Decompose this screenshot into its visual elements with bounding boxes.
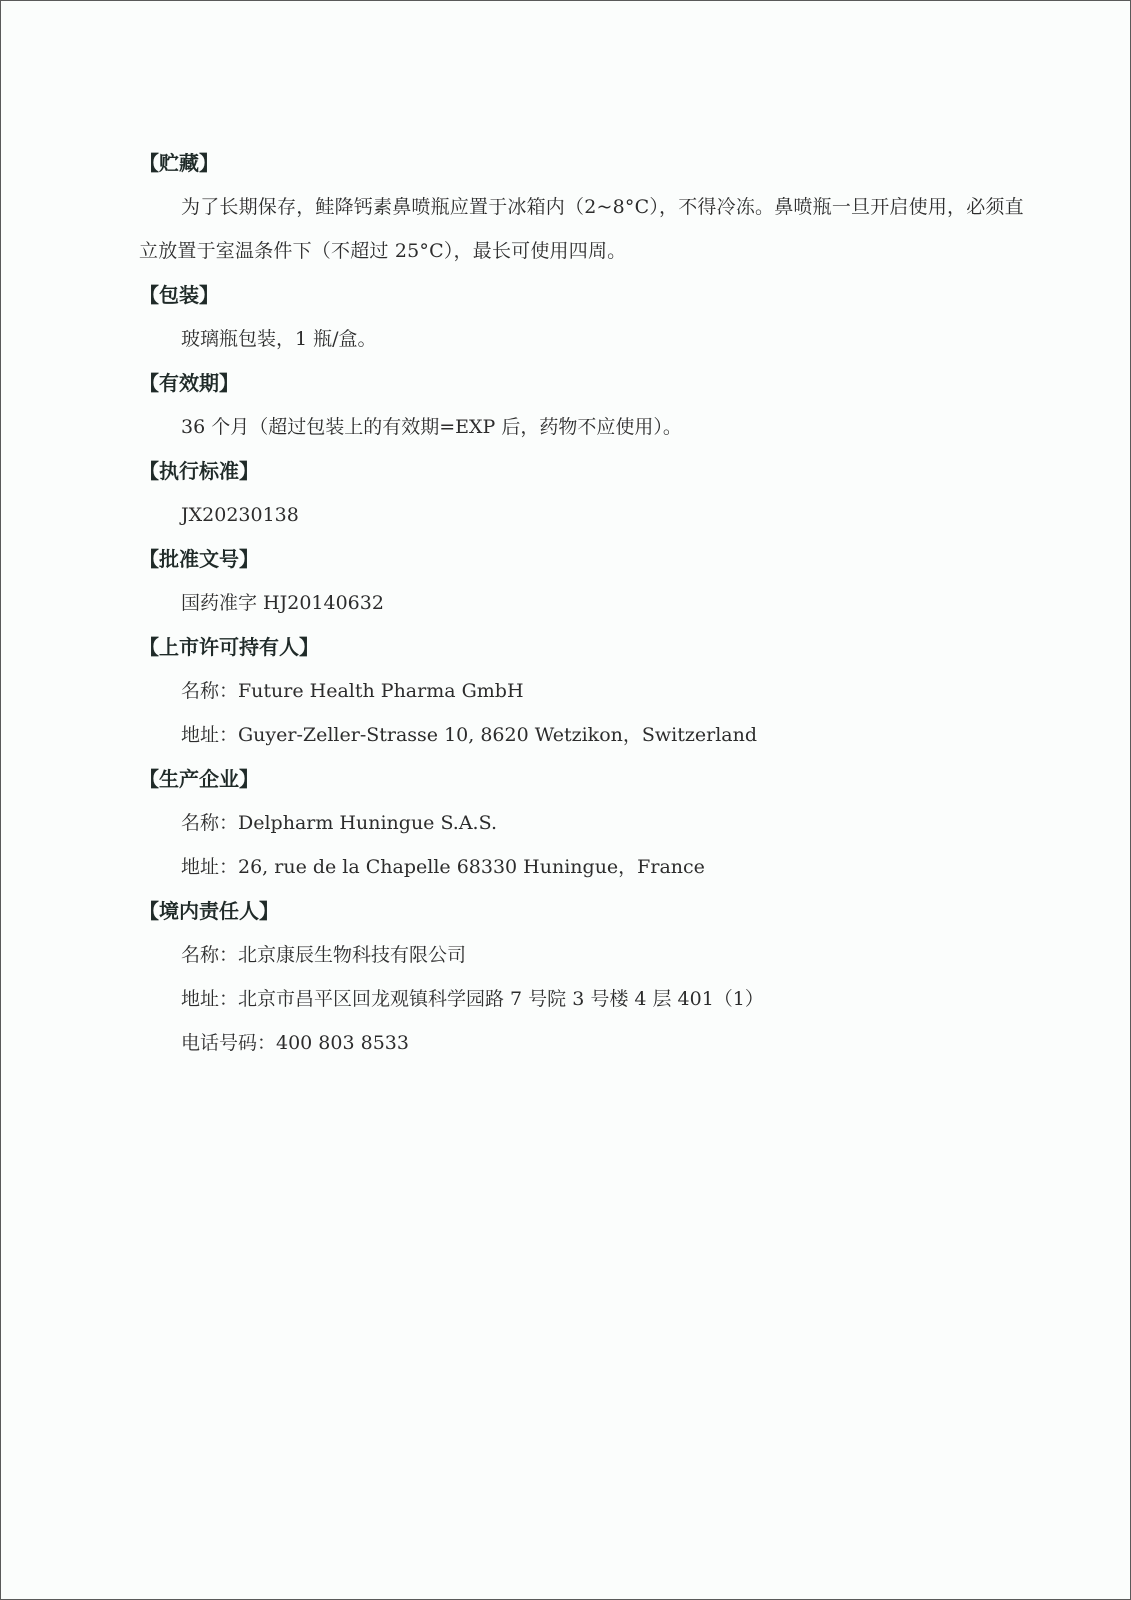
storage-text: 为了长期保存，鲑降钙素鼻喷瓶应置于冰箱内（2~8°C），不得冷冻。鼻喷瓶一旦开启… xyxy=(139,185,1029,273)
domestic-agent-address: 地址：北京市昌平区回龙观镇科学园路 7 号院 3 号楼 4 层 401（1） xyxy=(139,977,1039,1021)
section-manufacturer: 【生产企业】 名称：Delpharm Huningue S.A.S. 地址：26… xyxy=(139,757,1039,889)
section-title-standard: 【执行标准】 xyxy=(139,449,1039,493)
section-title-domestic-agent: 【境内责任人】 xyxy=(139,889,1039,933)
mah-name: 名称：Future Health Pharma GmbH xyxy=(139,669,1039,713)
domestic-agent-phone: 电话号码：400 803 8533 xyxy=(139,1021,1039,1065)
section-storage: 【贮藏】 为了长期保存，鲑降钙素鼻喷瓶应置于冰箱内（2~8°C），不得冷冻。鼻喷… xyxy=(139,141,1039,273)
packaging-text: 玻璃瓶包装，1 瓶/盒。 xyxy=(139,317,1039,361)
section-packaging: 【包装】 玻璃瓶包装，1 瓶/盒。 xyxy=(139,273,1039,361)
mah-address: 地址：Guyer-Zeller-Strasse 10, 8620 Wetziko… xyxy=(139,713,1039,757)
shelf-life-text: 36 个月（超过包装上的有效期=EXP 后，药物不应使用）。 xyxy=(139,405,1039,449)
manufacturer-name: 名称：Delpharm Huningue S.A.S. xyxy=(139,801,1039,845)
section-approval-number: 【批准文号】 国药准字 HJ20140632 xyxy=(139,537,1039,625)
section-domestic-agent: 【境内责任人】 名称：北京康辰生物科技有限公司 地址：北京市昌平区回龙观镇科学园… xyxy=(139,889,1039,1065)
section-title-manufacturer: 【生产企业】 xyxy=(139,757,1039,801)
approval-number-text: 国药准字 HJ20140632 xyxy=(139,581,1039,625)
section-shelf-life: 【有效期】 36 个月（超过包装上的有效期=EXP 后，药物不应使用）。 xyxy=(139,361,1039,449)
section-standard: 【执行标准】 JX20230138 xyxy=(139,449,1039,537)
document-content: 【贮藏】 为了长期保存，鲑降钙素鼻喷瓶应置于冰箱内（2~8°C），不得冷冻。鼻喷… xyxy=(139,141,1039,1065)
section-title-storage: 【贮藏】 xyxy=(139,141,1039,185)
section-title-packaging: 【包装】 xyxy=(139,273,1039,317)
section-title-shelf-life: 【有效期】 xyxy=(139,361,1039,405)
section-title-mah: 【上市许可持有人】 xyxy=(139,625,1039,669)
manufacturer-address: 地址：26, rue de la Chapelle 68330 Huningue… xyxy=(139,845,1039,889)
section-title-approval-number: 【批准文号】 xyxy=(139,537,1039,581)
document-page: 【贮藏】 为了长期保存，鲑降钙素鼻喷瓶应置于冰箱内（2~8°C），不得冷冻。鼻喷… xyxy=(0,0,1131,1600)
domestic-agent-name: 名称：北京康辰生物科技有限公司 xyxy=(139,933,1039,977)
standard-text: JX20230138 xyxy=(139,493,1039,537)
section-mah: 【上市许可持有人】 名称：Future Health Pharma GmbH 地… xyxy=(139,625,1039,757)
